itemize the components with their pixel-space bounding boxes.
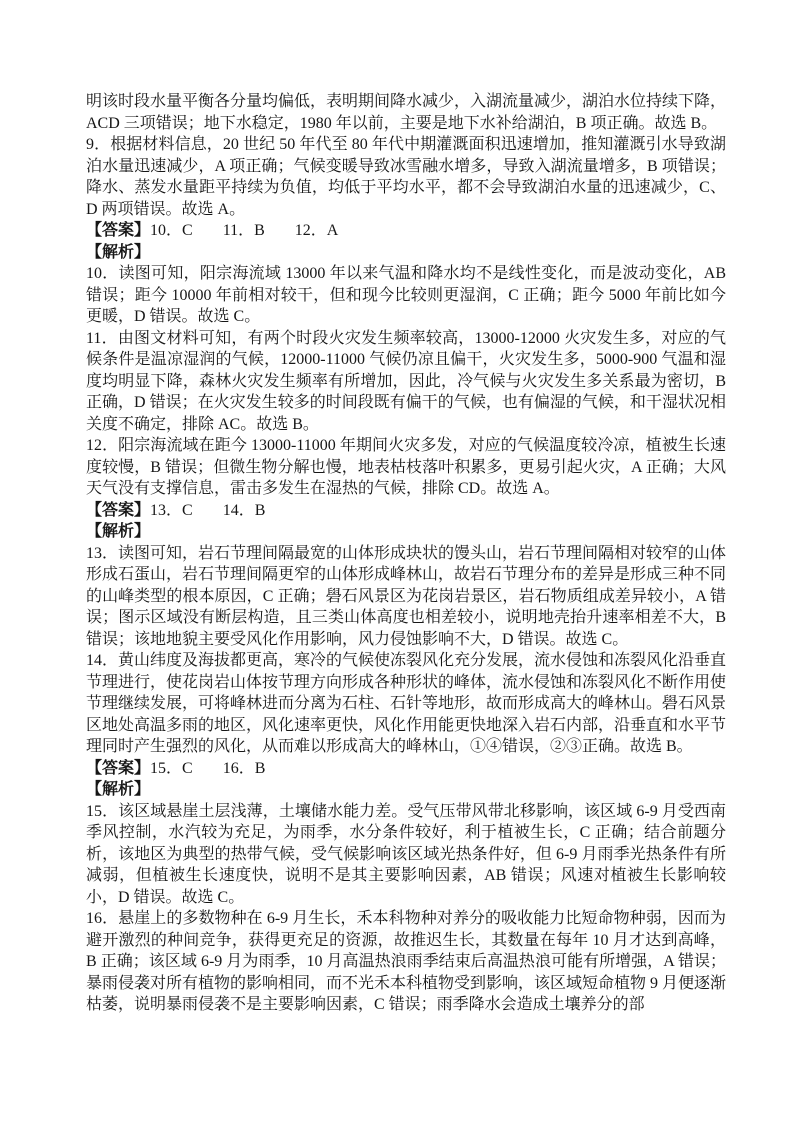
paragraph: 明该时段水量平衡各分量均偏低，表明期间降水减少，入湖流量减少，湖泊水位持续下降，…: [86, 91, 726, 134]
answer-item: 10．C: [150, 222, 193, 239]
paragraph: 14．黄山纬度及海拔都更高，寒冷的气候使冻裂风化充分发展，流水侵蚀和冻裂风化沿垂…: [86, 650, 726, 758]
answer-item: 15．C: [150, 760, 193, 777]
section-label: 【解析】: [86, 521, 726, 543]
paragraph: 9．根据材料信息，20 世纪 50 年代至 80 年代中期灌溉面积迅速增加，推知…: [86, 134, 726, 220]
answer-item: 14．B: [223, 502, 266, 519]
answer-line: 【答案】15．C16．B: [86, 758, 726, 780]
analysis-label: 【解析】: [86, 523, 150, 540]
answer-line: 【答案】13．C14．B: [86, 500, 726, 522]
paragraph: 13．读图可知，岩石节理间隔最宽的山体形成块状的馒头山，岩石节理间隔相对较窄的山…: [86, 543, 726, 651]
section-label: 【解析】: [86, 242, 726, 264]
answer-line: 【答案】10．C11．B12．A: [86, 220, 726, 242]
answer-item: 16．B: [223, 760, 266, 777]
answer-label: 【答案】: [86, 222, 150, 239]
analysis-label: 【解析】: [86, 244, 150, 261]
document-content: 明该时段水量平衡各分量均偏低，表明期间降水减少，入湖流量减少，湖泊水位持续下降，…: [86, 91, 726, 1016]
document-page: 明该时段水量平衡各分量均偏低，表明期间降水减少，入湖流量减少，湖泊水位持续下降，…: [0, 0, 800, 1132]
answer-item: 13．C: [150, 502, 193, 519]
paragraph: 12．阳宗海流域在距今 13000-11000 年期间火灾多发，对应的气候温度较…: [86, 435, 726, 500]
section-label: 【解析】: [86, 779, 726, 801]
answer-item: 12．A: [295, 222, 339, 239]
answer-item: 11．B: [223, 222, 265, 239]
paragraph: 16．悬崖上的多数物种在 6-9 月生长，禾本科物种对养分的吸收能力比短命物种弱…: [86, 908, 726, 1016]
answer-label: 【答案】: [86, 502, 150, 519]
paragraph: 11．由图文材料可知，有两个时段火灾发生频率较高，13000-12000 火灾发…: [86, 328, 726, 436]
paragraph: 15．该区域悬崖土层浅薄，土壤储水能力差。受气压带风带北移影响，该区域 6-9 …: [86, 801, 726, 909]
paragraph: 10．读图可知，阳宗海流域 13000 年以来气温和降水均不是线性变化，而是波动…: [86, 263, 726, 328]
analysis-label: 【解析】: [86, 781, 150, 798]
answer-label: 【答案】: [86, 760, 150, 777]
